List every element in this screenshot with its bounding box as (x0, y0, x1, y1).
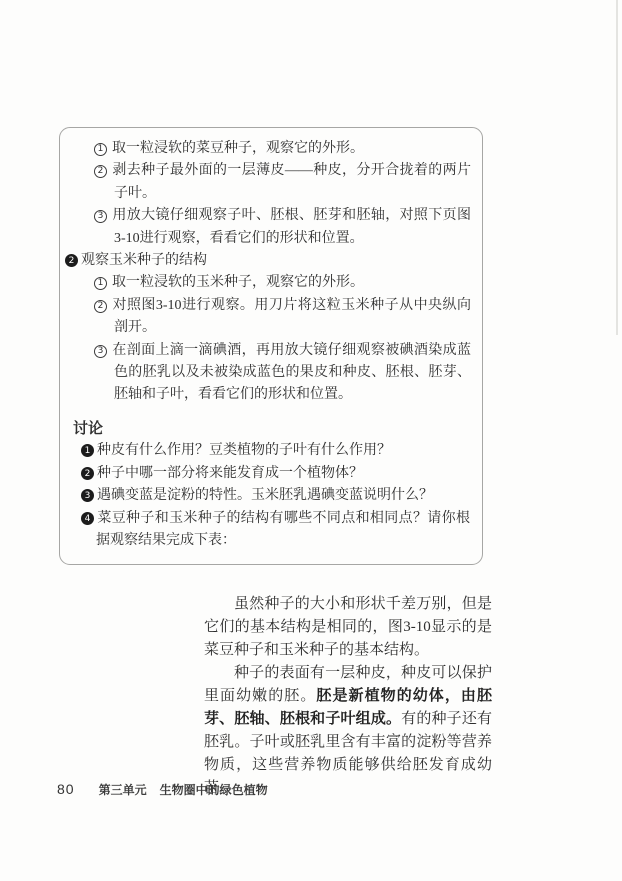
discussion-item: 2种子中哪一部分将来能发育成一个植物体？ (81, 463, 470, 485)
filled-circled-number-icon: 2 (65, 254, 78, 267)
footer-unit-label: 第三单元 (99, 781, 147, 798)
activity2-heading: 2观察玉米种子的结构 (65, 250, 471, 272)
circled-number-icon: 1 (94, 277, 107, 290)
activity1-step: 3用放大镜仔细观察子叶、胚根、胚芽和胚轴，对照下页图3-10进行观察，看看它们的… (94, 205, 471, 250)
activity1-step: 1取一粒浸软的菜豆种子，观察它的外形。 (94, 138, 471, 160)
paragraph-seed-coat-embryo: 种子的表面有一层种皮，种皮可以保护里面幼嫩的胚。胚是新植物的幼体，由胚芽、胚轴、… (204, 662, 492, 800)
discussion-item: 3遇碘变蓝是淀粉的特性。玉米胚乳遇碘变蓝说明什么？ (81, 485, 470, 507)
discussion-item: 1种皮有什么作用？豆类植物的子叶有什么作用？ (81, 440, 470, 462)
filled-circled-number-icon: 3 (81, 489, 94, 502)
step-text: 取一粒浸软的菜豆种子，观察它的外形。 (112, 141, 364, 156)
activity2-steps: 1取一粒浸软的玉米种子，观察它的外形。 2对照图3-10进行观察。用刀片将这粒玉… (94, 272, 471, 406)
filled-circled-number-icon: 2 (81, 467, 94, 480)
body-text-column: 虽然种子的大小和形状千差万别，但是它们的基本结构是相同的，图3-10显示的是菜豆… (204, 593, 492, 800)
discussion-item: 4菜豆种子和玉米种子的结构有哪些不同点和相同点？请你根据观察结果完成下表： (81, 508, 470, 553)
circled-number-icon: 2 (94, 300, 107, 313)
textbook-page: 1取一粒浸软的菜豆种子，观察它的外形。 2剥去种子最外面的一层薄皮——种皮，分开… (0, 0, 622, 881)
activity2-step: 3在剖面上滴一滴碘酒，再用放大镜仔细观察被碘酒染成蓝色的胚乳以及未被染成蓝色的果… (94, 340, 471, 407)
activity-box: 1取一粒浸软的菜豆种子，观察它的外形。 2剥去种子最外面的一层薄皮——种皮，分开… (59, 127, 483, 565)
step-text: 剥去种子最外面的一层薄皮——种皮，分开合拢着的两片子叶。 (112, 163, 471, 200)
activity2-step: 1取一粒浸软的玉米种子，观察它的外形。 (94, 272, 471, 294)
step-text: 用放大镜仔细观察子叶、胚根、胚芽和胚轴，对照下页图3-10进行观察，看看它们的形… (112, 208, 471, 245)
page-number: 80 (57, 781, 75, 797)
step-text: 在剖面上滴一滴碘酒，再用放大镜仔细观察被碘酒染成蓝色的胚乳以及未被染成蓝色的果皮… (112, 343, 471, 403)
page-footer: 80 第三单元 生物圈中的绿色植物 (57, 781, 268, 798)
footer-book-title: 生物圈中的绿色植物 (160, 781, 268, 798)
activity2-step: 2对照图3-10进行观察。用刀片将这粒玉米种子从中央纵向剖开。 (94, 295, 471, 340)
step-text: 对照图3-10进行观察。用刀片将这粒玉米种子从中央纵向剖开。 (112, 298, 471, 335)
circled-number-icon: 2 (94, 165, 107, 178)
activity1-steps: 1取一粒浸软的菜豆种子，观察它的外形。 2剥去种子最外面的一层薄皮——种皮，分开… (94, 138, 471, 250)
filled-circled-number-icon: 4 (81, 512, 94, 525)
circled-number-icon: 3 (94, 345, 107, 358)
discussion-item-text: 遇碘变蓝是淀粉的特性。玉米胚乳遇碘变蓝说明什么？ (97, 488, 433, 503)
activity1-step: 2剥去种子最外面的一层薄皮——种皮，分开合拢着的两片子叶。 (94, 160, 471, 205)
discussion-heading: 讨论 (73, 418, 471, 440)
activity2-heading-text: 观察玉米种子的结构 (81, 253, 207, 268)
discussion-item-text: 菜豆种子和玉米种子的结构有哪些不同点和相同点？请你根据观察结果完成下表： (96, 511, 470, 548)
filled-circled-number-icon: 1 (81, 444, 94, 457)
paragraph-seed-structure-intro: 虽然种子的大小和形状千差万别，但是它们的基本结构是相同的，图3-10显示的是菜豆… (204, 593, 492, 662)
scan-edge-artifact (616, 0, 618, 335)
discussion-item-text: 种皮有什么作用？豆类植物的子叶有什么作用？ (97, 443, 391, 458)
discussion-items: 1种皮有什么作用？豆类植物的子叶有什么作用？ 2种子中哪一部分将来能发育成一个植… (81, 440, 470, 552)
discussion-item-text: 种子中哪一部分将来能发育成一个植物体？ (97, 466, 363, 481)
circled-number-icon: 3 (94, 210, 107, 223)
circled-number-icon: 1 (94, 143, 107, 156)
step-text: 取一粒浸软的玉米种子，观察它的外形。 (112, 275, 364, 290)
